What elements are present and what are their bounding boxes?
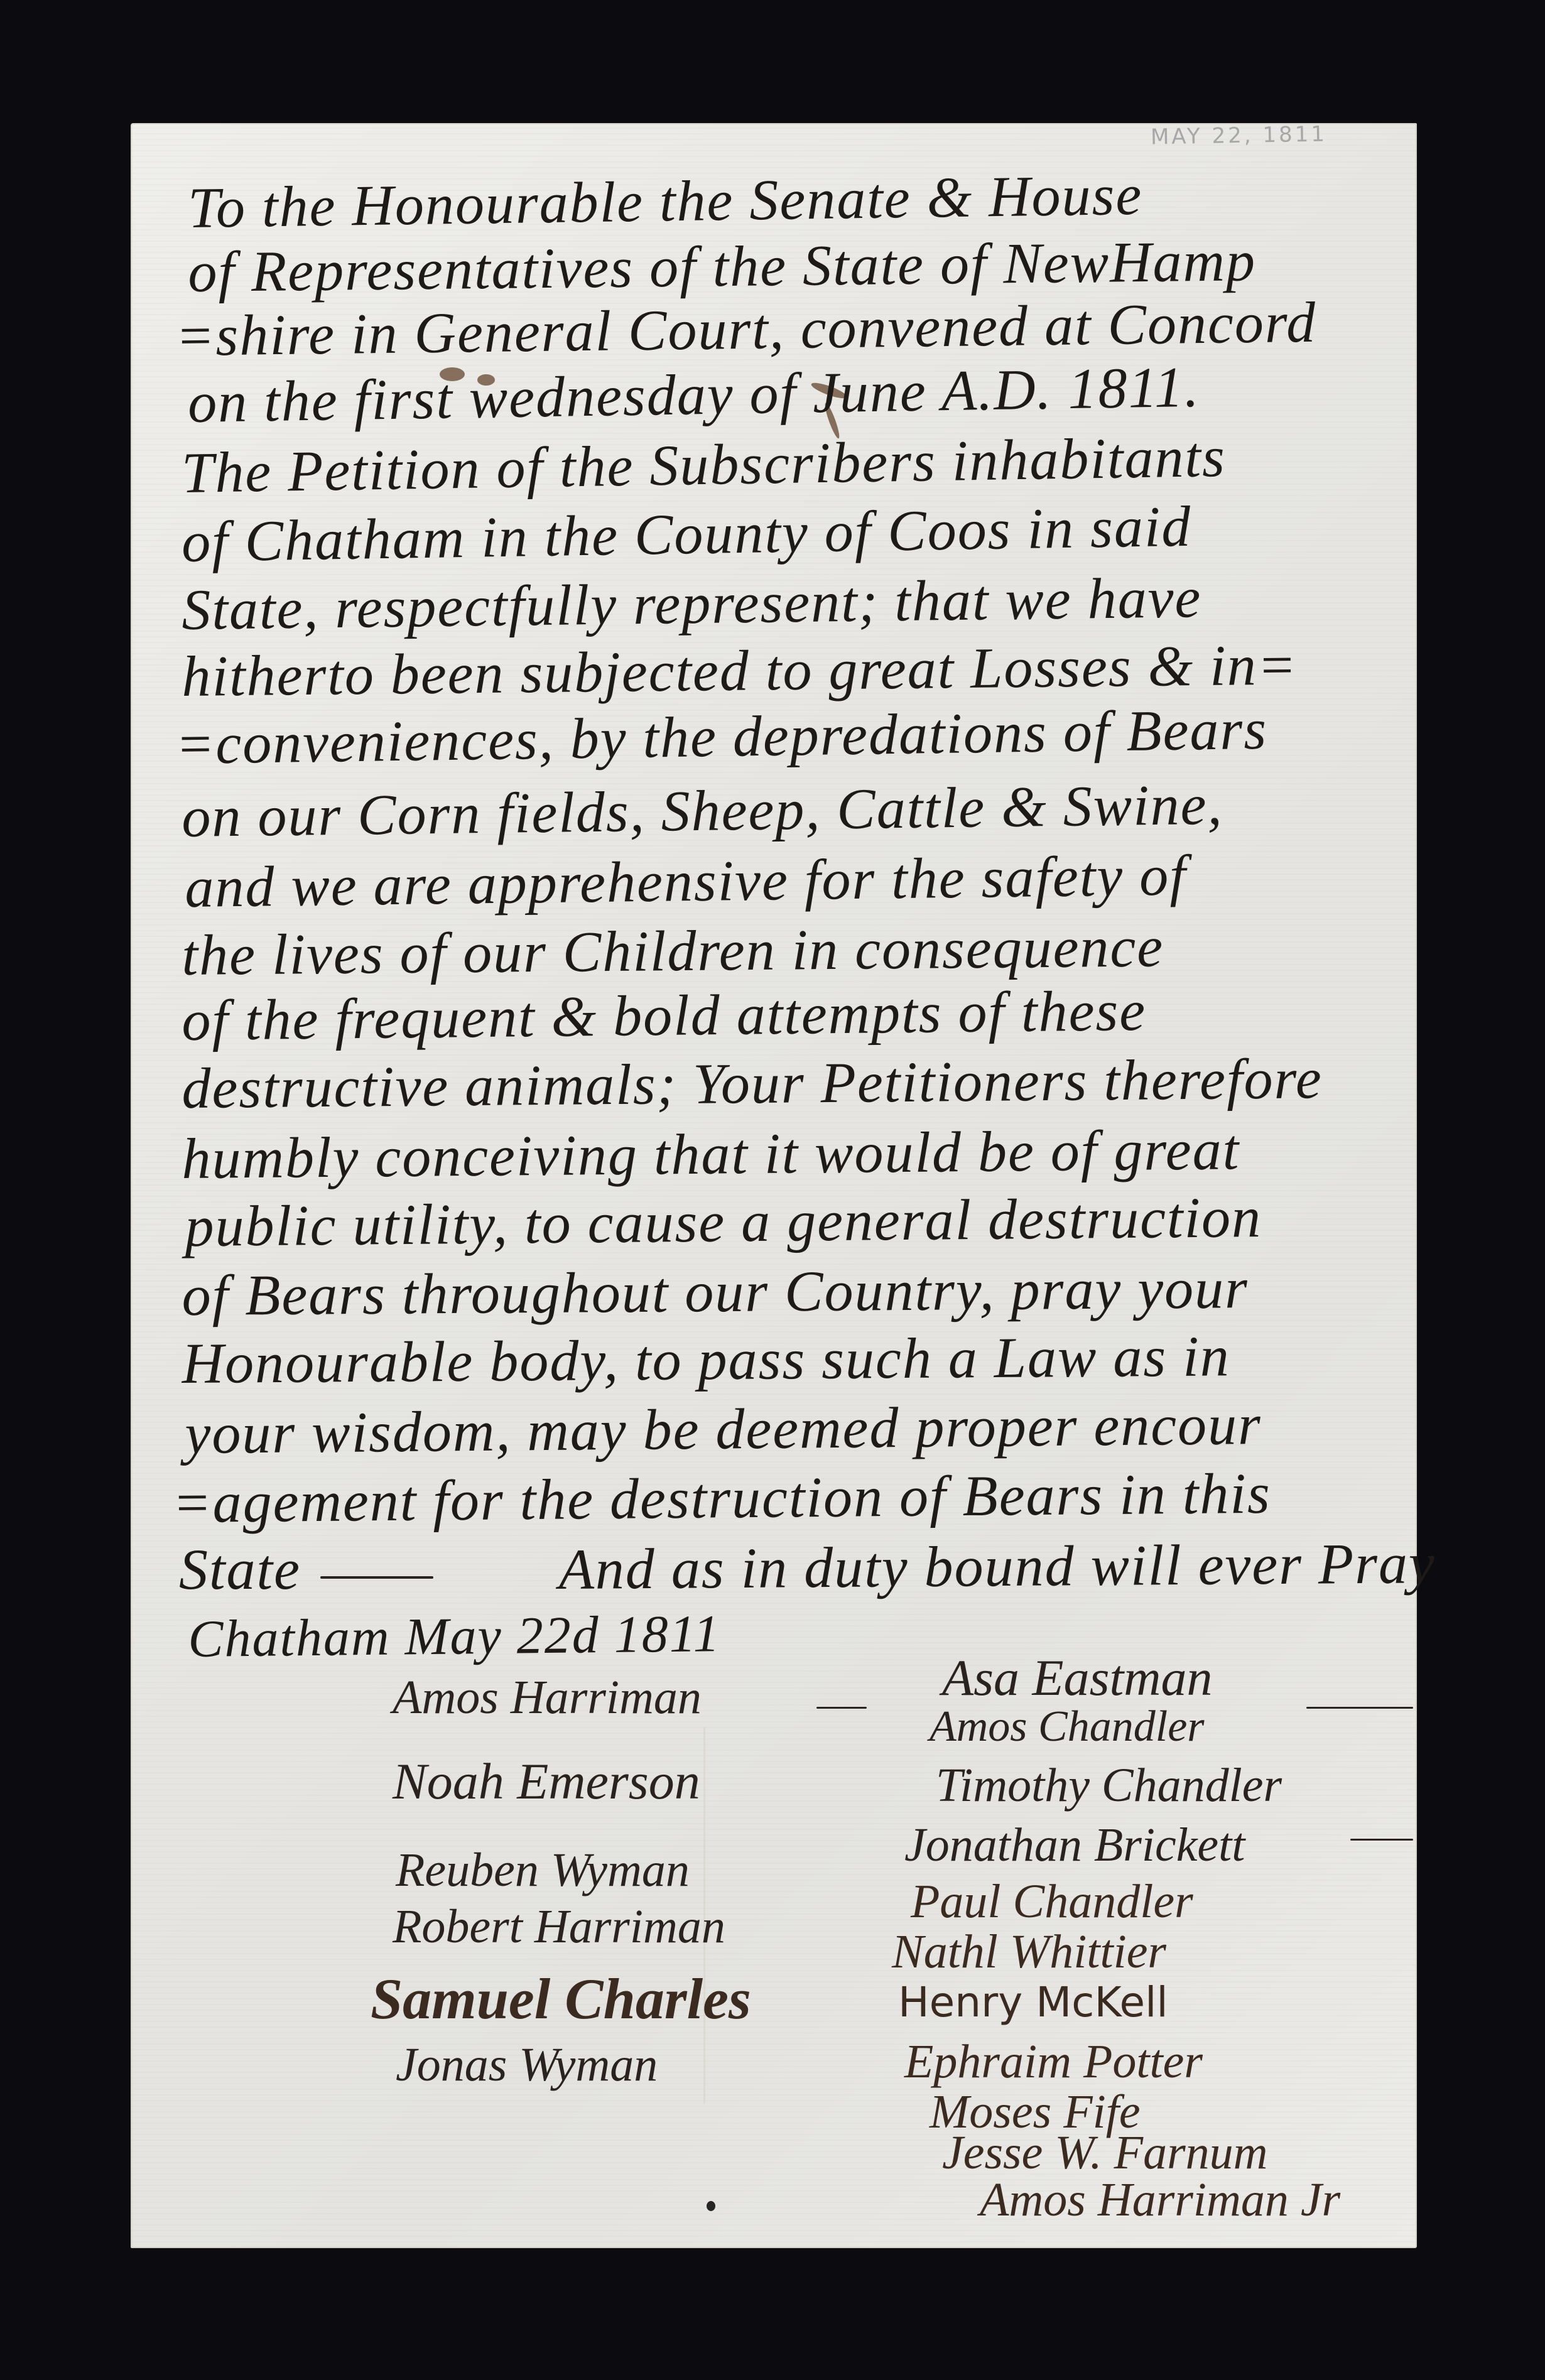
signature: Asa Eastman [942,1648,1213,1707]
signature-dash [1350,1839,1413,1841]
body-line: and we are apprehensive for the safety o… [185,842,1188,921]
body-line: of Bears throughout our Country, pray yo… [182,1255,1249,1329]
body-line: of the frequent & bold attempts of these [182,977,1147,1054]
body-line: To the Honourable the Senate & House [188,161,1143,241]
body-line: destructive animals; Your Petitioners th… [182,1045,1323,1122]
body-line: the lives of our Children in consequence [182,913,1164,988]
signature: Noah Emerson [393,1752,700,1811]
signature: Paul Chandler [911,1874,1193,1929]
body-line: your wisdom, may be deemed proper encour [185,1391,1262,1467]
signature-dash [816,1707,867,1709]
body-line: =agement for the destruction of Bears in… [172,1460,1271,1536]
body-line: humbly conceiving that it would be of gr… [182,1116,1240,1192]
signature: Amos Harriman Jr [980,2173,1340,2227]
signature: Jesse W. Farnum [942,2126,1268,2180]
signature: Samuel Charles [371,1966,751,2032]
signature: Henry McKell [898,1978,1168,2026]
signature: Reuben Wyman [396,1843,690,1898]
dateline: Chatham May 22d 1811 [188,1603,721,1670]
ink-stain [707,2201,715,2211]
archival-date-stamp: MAY 22, 1811 [1151,122,1328,150]
signature: Jonathan Brickett [904,1818,1245,1873]
body-line: on our Corn fields, Sheep, Cattle & Swin… [182,771,1223,850]
signature: Timothy Chandler [936,1758,1282,1813]
body-line: And as in duty bound will ever Pray [558,1530,1436,1603]
signature: Jonas Wyman [396,2038,658,2092]
signature-dash [1306,1707,1413,1709]
signature: Amos Harriman [393,1670,702,1725]
signature: Amos Chandler [930,1702,1205,1752]
signature: Nathl Whittier [892,1925,1166,1979]
body-line: public utility, to cause a general destr… [185,1184,1262,1260]
body-line: Honourable body, to pass such a Law as i… [182,1323,1230,1397]
body-line: State [179,1536,301,1603]
line-filler-dash [320,1576,433,1579]
signature: Ephraim Potter [904,2035,1203,2089]
signature: Robert Harriman [393,1900,725,1954]
body-line: State, respectfully represent; that we h… [182,564,1202,643]
